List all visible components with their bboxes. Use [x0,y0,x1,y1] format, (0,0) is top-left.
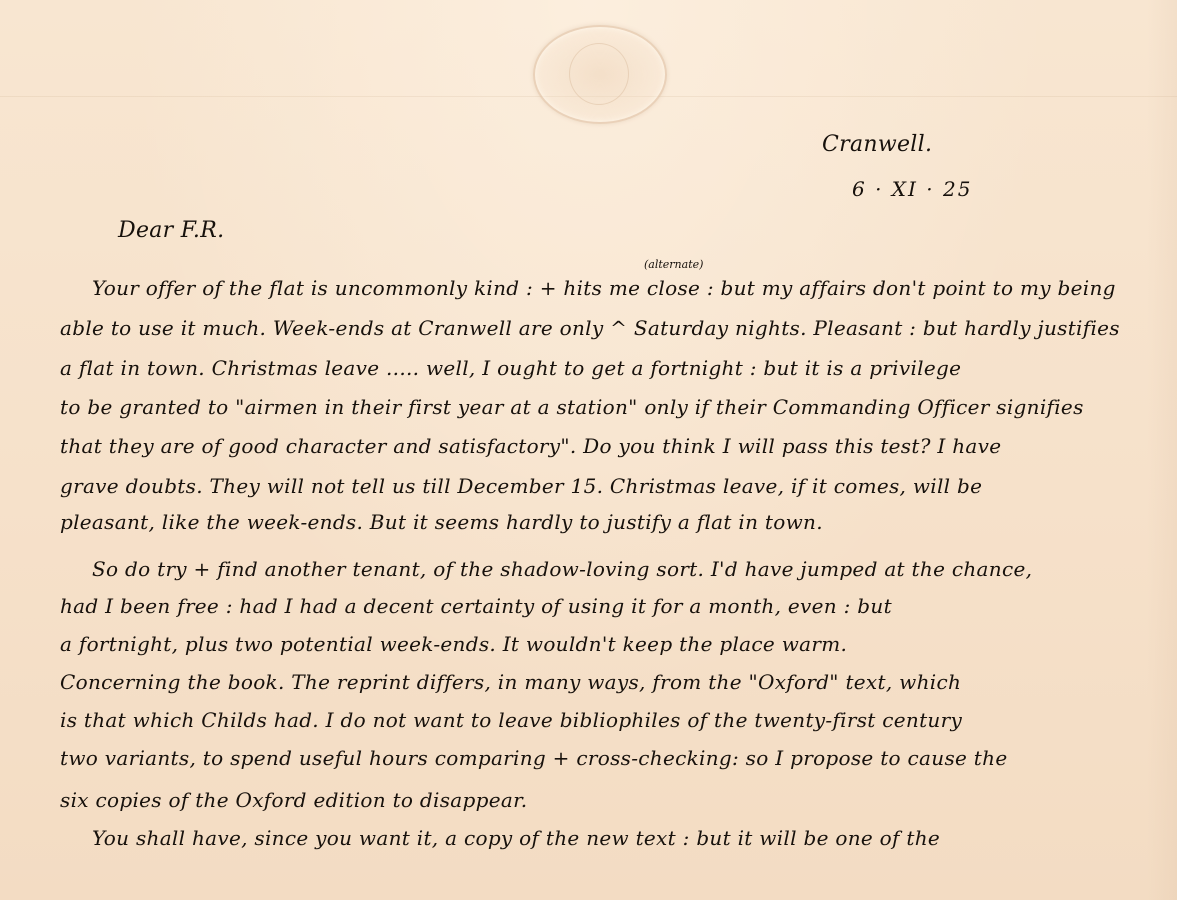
letter-line: Concerning the book. The reprint differs… [60,670,961,694]
letter-line: You shall have, since you want it, a cop… [92,826,940,850]
letter-line: a fortnight, plus two potential week-end… [60,632,847,656]
letter-date: 6 · XI · 25 [852,177,972,201]
letter-line: that they are of good character and sati… [60,434,1001,458]
letter-line: six copies of the Oxford edition to disa… [60,788,527,812]
crest-inner-ring [569,43,629,105]
letter-page: Cranwell. 6 · XI · 25 Dear F.R. (alterna… [0,0,1177,900]
letter-line: able to use it much. Week-ends at Cranwe… [60,316,1120,340]
letter-line: to be granted to "airmen in their first … [60,395,1084,419]
letter-line: two variants, to spend useful hours comp… [60,746,1007,770]
letter-line: had I been free : had I had a decent cer… [60,594,892,618]
embossed-crest-icon [533,25,667,124]
interlinear-insertion: (alternate) [644,258,703,271]
letter-place: Cranwell. [822,132,932,157]
letter-line: So do try + find another tenant, of the … [92,557,1032,581]
letter-line: pleasant, like the week-ends. But it see… [60,510,823,534]
letter-salutation: Dear F.R. [118,218,224,243]
letter-line: grave doubts. They will not tell us till… [60,474,982,498]
letter-line: a flat in town. Christmas leave ..... we… [60,356,961,380]
letter-line: is that which Childs had. I do not want … [60,708,962,732]
letter-line: Your offer of the flat is uncommonly kin… [92,276,1116,300]
